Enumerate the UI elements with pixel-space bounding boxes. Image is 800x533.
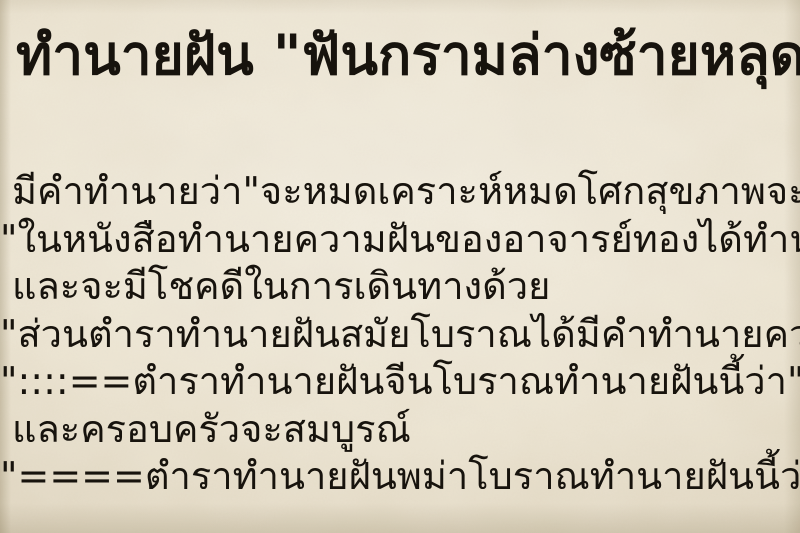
prediction-line-4: "ส่วนตำราทำนายฝันสมัยโบราณได้มีคำทำนายคว…: [0, 311, 800, 359]
prediction-line-7: "====ตำราทำนายฝันพม่าโบราณทำนายฝันนี้ว่า…: [0, 453, 800, 501]
prediction-line-2: "ในหนังสือทำนายความฝันของอาจารย์ทองได้ทำ…: [0, 216, 800, 264]
prediction-line-1: มีคำทำนายว่า"จะหมดเคราะห์หมดโศกสุขภาพจะแ…: [12, 168, 800, 216]
prediction-text: มีคำทำนายว่า"จะหมดเคราะห์หมดโศกสุขภาพจะแ…: [12, 168, 800, 501]
prediction-line-3: และจะมีโชคดีในการเดินทางด้วย: [12, 263, 800, 311]
prediction-line-6: และครอบครัวจะสมบูรณ์: [12, 406, 800, 454]
prediction-line-5: "::::==ตำราทำนายฝันจีนโบราณทำนายฝันนี้ว่…: [0, 358, 800, 406]
paper-background: ทำนายฝัน "ฟันกรามล่างซ้ายหลุด1ซี่" มีคำท…: [0, 0, 800, 533]
page-title: ทำนายฝัน "ฟันกรามล่างซ้ายหลุด1ซี่": [16, 18, 800, 92]
